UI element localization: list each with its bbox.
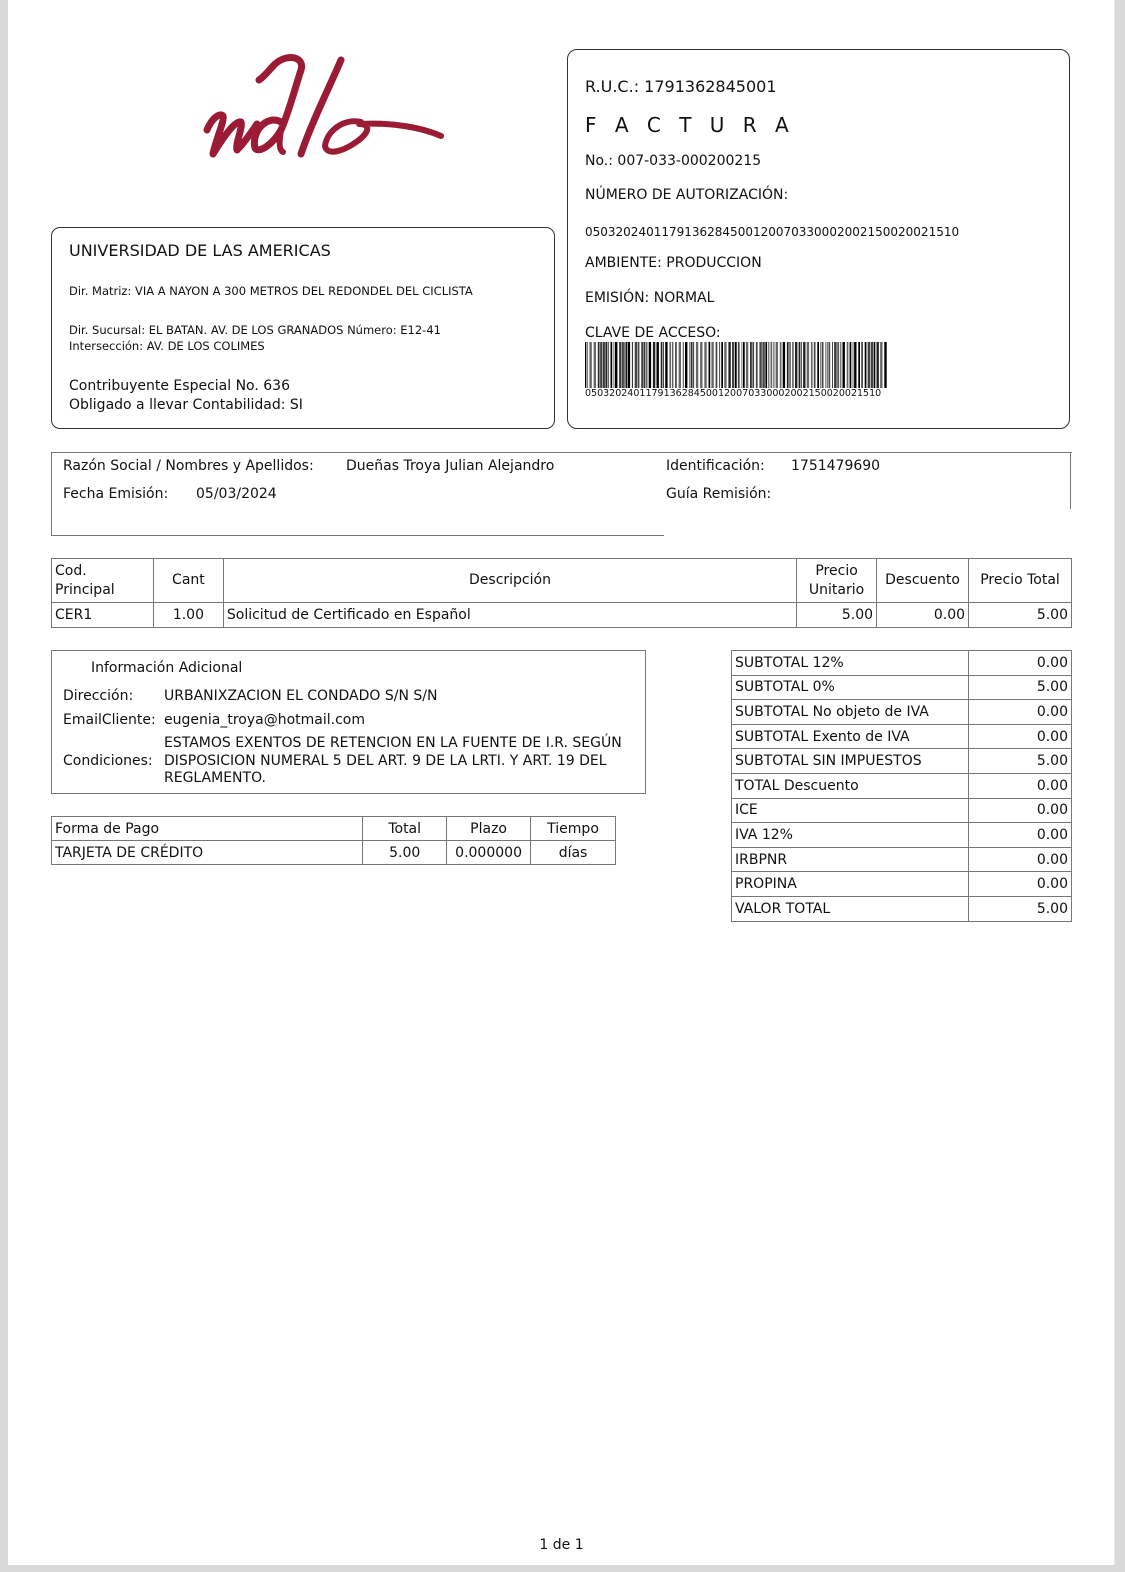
table-row: TARJETA DE CRÉDITO 5.00 0.000000 días <box>52 841 616 865</box>
invoice-page: UNIVERSIDAD DE LAS AMERICAS Dir. Matriz:… <box>8 0 1115 1565</box>
condiciones-line: DISPOSICION NUMERAL 5 DEL ART. 9 DE LA L… <box>164 753 622 771</box>
totals-label: SUBTOTAL 12% <box>732 651 969 676</box>
item-discount: 0.00 <box>877 603 969 628</box>
items-header-row: Cod. Principal Cant Descripción Precio U… <box>52 559 1072 603</box>
col-descuento: Descuento <box>877 559 969 603</box>
page-indicator: 1 de 1 <box>8 1537 1115 1553</box>
obligado-contabilidad: Obligado a llevar Contabilidad: SI <box>69 396 303 415</box>
direccion-label: Dirección: <box>63 688 133 704</box>
item-code: CER1 <box>52 603 154 628</box>
document-type: F A C T U R A <box>585 113 795 137</box>
issuer-tax-info: Contribuyente Especial No. 636 Obligado … <box>69 377 303 415</box>
document-number: No.: 007-033-000200215 <box>585 153 761 169</box>
col-cod-principal: Cod. Principal <box>52 559 154 603</box>
issue-date-label: Fecha Emisión: <box>63 486 168 502</box>
totals-row: SUBTOTAL SIN IMPUESTOS5.00 <box>732 749 1072 774</box>
totals-value: 5.00 <box>969 675 1072 700</box>
customer-name-value: Dueñas Troya Julian Alejandro <box>346 458 554 474</box>
document-info-box: R.U.C.: 1791362845001 F A C T U R A No.:… <box>567 49 1070 429</box>
items-table: Cod. Principal Cant Descripción Precio U… <box>51 558 1072 628</box>
col-forma-pago: Forma de Pago <box>52 817 363 841</box>
issuer-name: UNIVERSIDAD DE LAS AMERICAS <box>69 241 331 260</box>
payment-header-row: Forma de Pago Total Plazo Tiempo <box>52 817 616 841</box>
totals-row: IVA 12%0.00 <box>732 823 1072 848</box>
issuer-dir-matriz: Dir. Matriz: VIA A NAYON A 300 METROS DE… <box>69 284 473 298</box>
udla-logo-icon <box>193 50 448 165</box>
payment-table: Forma de Pago Total Plazo Tiempo TARJETA… <box>51 816 616 865</box>
totals-value: 5.00 <box>969 896 1072 921</box>
contribuyente-especial: Contribuyente Especial No. 636 <box>69 377 303 396</box>
totals-value: 0.00 <box>969 724 1072 749</box>
issuer-dir-sucursal: Dir. Sucursal: EL BATAN. AV. DE LOS GRAN… <box>69 322 441 354</box>
totals-value: 0.00 <box>969 651 1072 676</box>
customer-id-label: Identificación: <box>666 458 765 474</box>
item-description: Solicitud de Certificado en Español <box>223 603 796 628</box>
barcode-icon <box>585 342 888 388</box>
totals-table: SUBTOTAL 12%0.00SUBTOTAL 0%5.00SUBTOTAL … <box>731 650 1072 922</box>
payment-plazo: 0.000000 <box>447 841 531 865</box>
direccion-value: URBANIXZACION EL CONDADO S/N S/N <box>164 688 437 704</box>
col-precio-unitario: Precio Unitario <box>797 559 877 603</box>
totals-value: 0.00 <box>969 798 1072 823</box>
item-total: 5.00 <box>969 603 1072 628</box>
access-key-label: CLAVE DE ACCESO: <box>585 325 721 341</box>
col-tiempo: Tiempo <box>531 817 616 841</box>
totals-row: IRBPNR0.00 <box>732 847 1072 872</box>
totals-label: IVA 12% <box>732 823 969 848</box>
totals-label: TOTAL Descuento <box>732 773 969 798</box>
totals-label: SUBTOTAL Exento de IVA <box>732 724 969 749</box>
issue-date-value: 05/03/2024 <box>196 486 277 502</box>
totals-row: SUBTOTAL 12%0.00 <box>732 651 1072 676</box>
totals-row: TOTAL Descuento0.00 <box>732 773 1072 798</box>
totals-label: SUBTOTAL 0% <box>732 675 969 700</box>
totals-label: VALOR TOTAL <box>732 896 969 921</box>
totals-value: 0.00 <box>969 847 1072 872</box>
condiciones-label: Condiciones: <box>63 753 153 769</box>
totals-label: PROPINA <box>732 872 969 897</box>
totals-label: SUBTOTAL SIN IMPUESTOS <box>732 749 969 774</box>
customer-name-label: Razón Social / Nombres y Apellidos: <box>63 458 314 474</box>
col-descripcion: Descripción <box>223 559 796 603</box>
customer-info-box: Razón Social / Nombres y Apellidos: Dueñ… <box>51 452 1072 536</box>
table-row: CER1 1.00 Solicitud de Certificado en Es… <box>52 603 1072 628</box>
item-unit-price: 5.00 <box>797 603 877 628</box>
customer-id-value: 1751479690 <box>791 458 880 474</box>
access-key-number: 0503202401179136284500120070330002002150… <box>585 388 881 399</box>
ambiente: AMBIENTE: PRODUCCION <box>585 255 762 271</box>
totals-value: 0.00 <box>969 773 1072 798</box>
emision: EMISIÓN: NORMAL <box>585 290 714 306</box>
totals-label: SUBTOTAL No objeto de IVA <box>732 700 969 725</box>
condiciones-value: ESTAMOS EXENTOS DE RETENCION EN LA FUENT… <box>164 735 622 788</box>
totals-row: VALOR TOTAL5.00 <box>732 896 1072 921</box>
additional-info-box: Información Adicional Dirección: URBANIX… <box>51 650 646 794</box>
email-value: eugenia_troya@hotmail.com <box>164 712 365 728</box>
customer-box-edge <box>1070 453 1071 509</box>
condiciones-line: REGLAMENTO. <box>164 770 622 788</box>
item-qty: 1.00 <box>153 603 223 628</box>
email-label: EmailCliente: <box>63 712 156 728</box>
totals-row: ICE0.00 <box>732 798 1072 823</box>
additional-info-title: Información Adicional <box>91 660 242 676</box>
totals-label: IRBPNR <box>732 847 969 872</box>
totals-row: SUBTOTAL Exento de IVA0.00 <box>732 724 1072 749</box>
ruc: R.U.C.: 1791362845001 <box>585 77 777 96</box>
authorization-label: NÚMERO DE AUTORIZACIÓN: <box>585 187 788 203</box>
col-precio-total: Precio Total <box>969 559 1072 603</box>
totals-label: ICE <box>732 798 969 823</box>
authorization-number: 0503202401179136284500120070330002002150… <box>585 225 959 239</box>
totals-row: SUBTOTAL 0%5.00 <box>732 675 1072 700</box>
payment-total: 5.00 <box>363 841 447 865</box>
col-plazo: Plazo <box>447 817 531 841</box>
payment-tiempo: días <box>531 841 616 865</box>
issuer-dir-sucursal-line2: Intersección: AV. DE LOS COLIMES <box>69 338 441 354</box>
totals-value: 0.00 <box>969 700 1072 725</box>
issuer-dir-sucursal-line1: Dir. Sucursal: EL BATAN. AV. DE LOS GRAN… <box>69 322 441 338</box>
totals-value: 0.00 <box>969 823 1072 848</box>
totals-row: SUBTOTAL No objeto de IVA0.00 <box>732 700 1072 725</box>
guia-remision-label: Guía Remisión: <box>666 486 771 502</box>
condiciones-line: ESTAMOS EXENTOS DE RETENCION EN LA FUENT… <box>164 735 622 753</box>
col-total: Total <box>363 817 447 841</box>
totals-value: 5.00 <box>969 749 1072 774</box>
issuer-info-box: UNIVERSIDAD DE LAS AMERICAS Dir. Matriz:… <box>51 227 555 429</box>
payment-method: TARJETA DE CRÉDITO <box>52 841 363 865</box>
col-cant: Cant <box>153 559 223 603</box>
totals-value: 0.00 <box>969 872 1072 897</box>
totals-row: PROPINA0.00 <box>732 872 1072 897</box>
